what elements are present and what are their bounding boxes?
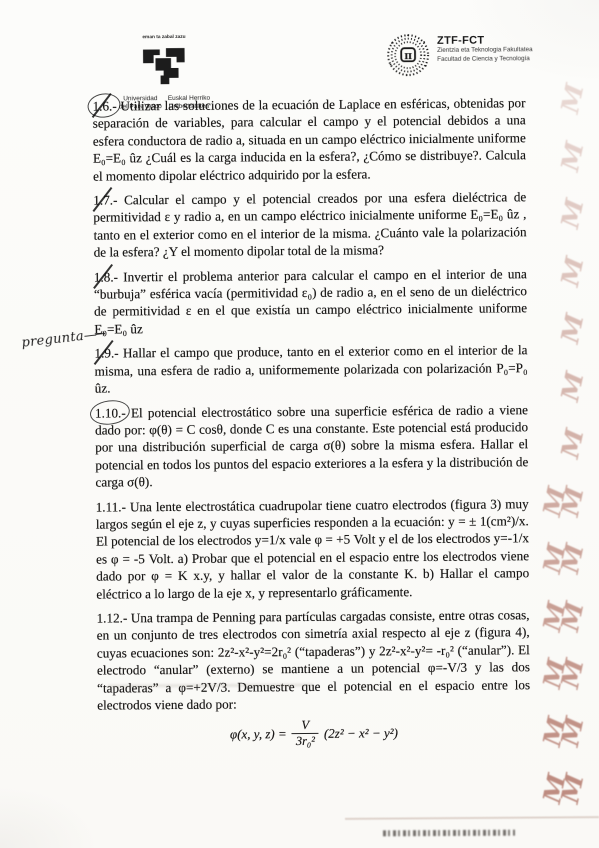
ztf-fct-emblem-icon: π bbox=[385, 32, 431, 83]
upv-motto: eman ta zabal zazu bbox=[131, 34, 197, 40]
problem-1-10-text: El potencial electrostático sobre una su… bbox=[95, 402, 528, 490]
problem-1-12-number: 1.12.- bbox=[96, 609, 127, 627]
potential-formula: φ(x, y, z) = V 3r₀² (2z² − x² − y²) bbox=[97, 718, 530, 750]
upv-ehu-emblem-icon bbox=[109, 43, 219, 94]
problem-1-9-text: Hallar el campo que produce, tanto en el… bbox=[95, 342, 528, 395]
problem-1-7: 1.7.- Calcular el campo y el potencial c… bbox=[93, 188, 527, 261]
problem-1-9: 1.9.- Hallar el campo que produce, tanto… bbox=[94, 341, 527, 397]
margin-note-word: pregunta bbox=[21, 329, 85, 351]
problem-1-6: 1.6.- Utilizar las soluciones de la ecua… bbox=[92, 94, 526, 184]
problem-1-11-text: Una lente electrostática cuadrupolar tie… bbox=[96, 496, 530, 601]
problem-1-9-number: 1.9.- bbox=[94, 345, 118, 363]
problem-1-6-number: 1.6.- bbox=[92, 97, 116, 115]
ztf-acronym: ZTF-FCT bbox=[437, 34, 533, 47]
footer-illegible-text bbox=[383, 830, 515, 837]
problem-1-8-text: Invertir el problema anterior para calcu… bbox=[94, 266, 527, 337]
problem-1-7-number: 1.7.- bbox=[93, 191, 117, 209]
problem-1-10-number: 1.10.- bbox=[95, 404, 126, 422]
scan-content: eman ta zabal zazu Universidad del País … bbox=[0, 0, 599, 848]
scanned-page: eman ta zabal zazu Universidad del País … bbox=[0, 0, 599, 848]
problem-list: 1.6.- Utilizar las soluciones de la ecua… bbox=[92, 94, 530, 749]
problem-1-6-text: Utilizar las soluciones de la ecuación d… bbox=[93, 95, 526, 183]
problem-1-8-number: 1.8.- bbox=[94, 268, 118, 286]
problem-1-10: 1.10.- El potencial electrostático sobre… bbox=[95, 401, 529, 491]
ztf-subtitle-es: Facultad de Ciencia y Tecnología bbox=[437, 55, 533, 64]
ztf-fct-logo: π ZTF-FCT Zientzia eta Teknologia Fakult… bbox=[385, 31, 533, 83]
problem-1-8: 1.8.- Invertir el problema anterior para… bbox=[94, 265, 528, 338]
ztf-symbol-glyph: π bbox=[404, 49, 412, 62]
problem-1-11: 1.11.- Una lente electrostática cuadrupo… bbox=[96, 495, 530, 603]
formula-fraction: V 3r₀² bbox=[292, 719, 319, 747]
formula-rhs: (2z² − x² − y²) bbox=[324, 724, 398, 742]
problem-1-12-text: Una trampa de Penning para partículas ca… bbox=[97, 607, 531, 712]
ztf-text-block: ZTF-FCT Zientzia eta Teknologia Fakultat… bbox=[437, 31, 533, 64]
problem-1-12: 1.12.- Una trampa de Penning para partíc… bbox=[96, 606, 530, 714]
problem-1-7-text: Calcular el campo y el potencial creados… bbox=[93, 189, 526, 260]
margin-note-arrow-icon: —→ bbox=[83, 327, 104, 344]
formula-numerator: V bbox=[297, 719, 313, 732]
formula-lhs: φ(x, y, z) = bbox=[230, 725, 287, 743]
formula-denominator: 3r₀² bbox=[292, 732, 319, 747]
problem-1-11-number: 1.11.- bbox=[96, 498, 126, 516]
